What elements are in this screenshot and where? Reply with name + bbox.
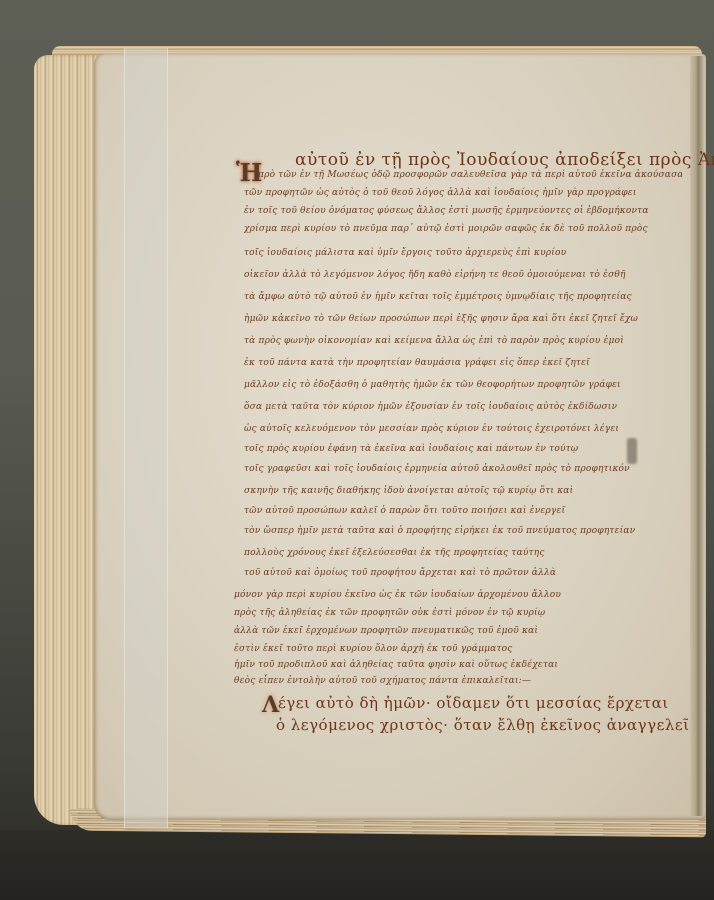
illuminated-initial-lambda: Λ	[262, 694, 276, 716]
text-line: τὸν ὥσπερ ἡμῖν μετὰ ταῦτα καὶ ὁ προφήτης…	[244, 524, 668, 538]
text-line: τὰ ἄμφω αὐτὸ τῷ αὐτοῦ ἐν ἡμῖν κεῖται τοῖ…	[244, 290, 668, 304]
text-line: οἰκεῖον ἀλλὰ τὸ λεγόμενον λόγος ἤδη καθὸ…	[244, 268, 668, 282]
text-line: μόνον γὰρ περὶ κυρίου ἐκεῖνο ὡς ἐκ τῶν ἰ…	[234, 588, 658, 602]
text-line: πρὸς τῆς ἀληθείας ἐκ τῶν προφητῶν οὐκ ἐσ…	[234, 606, 658, 620]
text-line: τῶν αὐτοῦ προσώπων καλεῖ ὁ παρὼν ὅτι τοῦ…	[244, 504, 668, 518]
text-line: τοῖς γραφεῦσι καὶ τοῖς ἰουδαίοις ἐρμηνεί…	[244, 462, 668, 476]
closing-text-line-1: έγει αὐτὸ δὴ ἡμῶν· οἴδαμεν ὅτι μεσσίας ἔ…	[278, 694, 669, 712]
text-line: μᾶλλον εἰς τὸ ἐδοξάσθη ὁ μαθητὴς ἡμῶν ἐκ…	[244, 378, 668, 392]
text-line: ἡμῶν κἀκεῖνο τὸ τῶν θείων προσώπων περὶ …	[244, 312, 668, 326]
text-line: τῶν προφητῶν ὡς αὐτὸς ὁ τοῦ θεοῦ λόγος ἀ…	[244, 186, 668, 200]
text-line: χρίσμα περὶ κυρίου τὸ πνεῦμα παρ᾽ αὐτῷ ἐ…	[244, 222, 668, 236]
text-line: ἐκ τοῦ πάντα κατὰ τὴν προφητείαν θαυμάσι…	[244, 356, 668, 370]
manuscript-codex: αὐτοῦ ἐν τῇ πρὸς Ἰουδαίους ἀποδείξει πρὸ…	[0, 0, 714, 900]
text-line: πολλοὺς χρόνους ἐκεῖ ἐξελεύσεσθαι ἐκ τῆς…	[244, 546, 668, 560]
text-line: ὡς αὐτοῖς κελευόμενον τὸν μεσσίαν πρὸς κ…	[244, 422, 668, 436]
text-line: σκηνὴν τῆς καινῆς διαθήκης ἰδοὺ ἀνοίγετα…	[244, 484, 668, 498]
text-line: ἐστὶν ἐκεῖ τοῦτο περὶ κυρίου ὅλον ἀρχὴ ἐ…	[234, 642, 658, 656]
text-line: ἐν τοῖς τοῦ θείου ὀνόματος φύσεως ἄλλος …	[244, 204, 668, 218]
binding-gutter	[690, 56, 704, 816]
illuminated-initial-eta: Ἡ	[236, 160, 256, 186]
text-line: τοῖς πρὸς κυρίου ἐφάνη τὰ ἐκεῖνα καὶ ἰου…	[244, 442, 668, 456]
repair-tape-strip	[124, 48, 168, 828]
rubric-heading: αὐτοῦ ἐν τῇ πρὸς Ἰουδαίους ἀποδείξει πρὸ…	[295, 150, 635, 170]
text-line: τοῖς ἰουδαίοις μάλιστα καὶ ὑμῖν ἔργοις τ…	[244, 246, 668, 260]
closing-text-line-2: ὁ λεγόμενος χριστὸς· ὅταν ἔλθῃ ἐκεῖνος ἀ…	[276, 716, 690, 734]
text-line: ἀλλὰ τῶν ἐκεῖ ἐρχομένων προφητῶν πνευματ…	[234, 624, 658, 638]
text-line: τοῦ αὐτοῦ καὶ ὁμοίως τοῦ προφήτου ἄρχετα…	[244, 566, 668, 580]
text-line: πρὸ τῶν ἐν τῇ Μωσέως ὁδῷ προσφορῶν σαλευ…	[258, 168, 682, 182]
text-line: θεὸς εἶπεν ἐντολὴν αὐτοῦ τοῦ σχήματος πά…	[234, 674, 658, 688]
text-line: ὅσα μετὰ ταῦτα τὸν κύριον ἡμῶν ἐξουσίαν …	[244, 400, 668, 414]
text-line: τὰ πρὸς φωνὴν οἰκονομίαν καὶ κείμενα ἄλλ…	[244, 334, 668, 348]
text-line: ἡμῖν τοῦ προδιπλοῦ καὶ ἀληθείας ταῦτα φη…	[234, 658, 658, 672]
